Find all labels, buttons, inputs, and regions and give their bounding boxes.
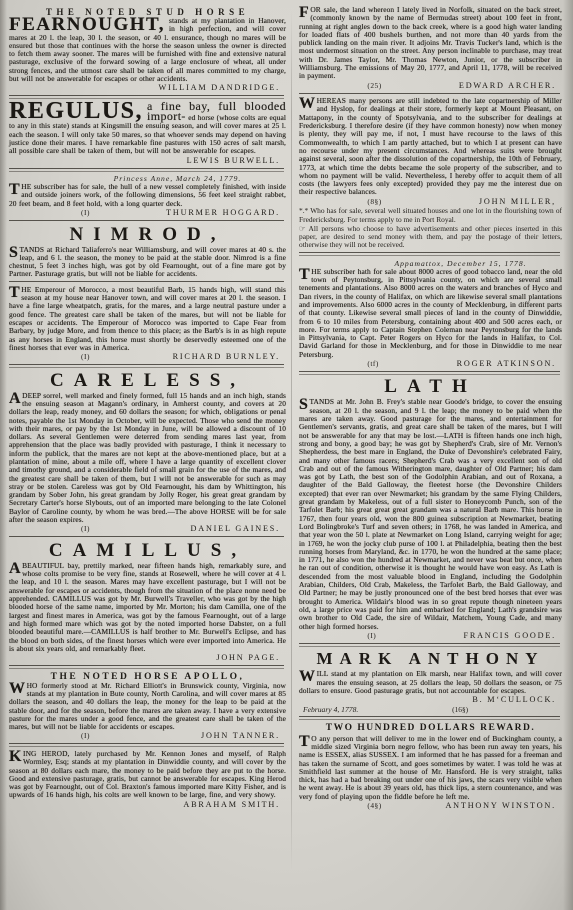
drop-cap: S — [299, 398, 310, 412]
signature-line: (I)JOHN TANNER. — [9, 731, 286, 741]
ad-body-text: DEEP sorrel, well marked and finely form… — [9, 391, 286, 524]
ad-mark: (I) — [81, 352, 90, 362]
divider-rule — [9, 168, 284, 172]
signature-line: ABRAHAM SMITH. — [9, 800, 286, 810]
drop-cap: W — [9, 682, 27, 696]
ad-headline: TWO HUNDRED DOLLARS REWARD. — [299, 723, 562, 734]
signature-line: (8§)JOHN MILLER, — [299, 197, 562, 207]
divider-rule — [9, 281, 284, 283]
horse-name: FEARNOUGHT, — [9, 17, 169, 33]
ad-king-herod: KING HEROD, lately purchased by Mr. Kenn… — [9, 750, 286, 809]
ad-headline: NIMROD, — [9, 225, 286, 245]
ad-body: ADEEP sorrel, well marked and finely for… — [9, 392, 286, 525]
ad-mark: (tf) — [367, 359, 378, 369]
advertiser-signature: JOHN PAGE. — [216, 653, 280, 663]
ad-body-text: TANDS at Richard Taliaferro's near Willi… — [9, 245, 286, 279]
advertiser-signature: DANIEL GAINES. — [191, 524, 280, 534]
advertiser-signature: ANTHONY WINSTON. — [445, 801, 556, 811]
ad-mark: (I) — [81, 731, 90, 741]
advertiser-signature: ROGER ATKINSON. — [457, 359, 556, 369]
advertiser-signature: JOHN MILLER, — [479, 197, 556, 207]
advertiser-signature: THURMER HOGGARD. — [166, 208, 280, 218]
advertiser-signature: ABRAHAM SMITH. — [183, 800, 280, 810]
advertiser-signature: FRANCIS GOODE. — [463, 631, 556, 641]
divider-rule — [299, 252, 560, 256]
ad-body-text: TANDS at Mr. John B. Frey's stable near … — [299, 397, 562, 630]
ad-body: REGULUS,a fine bay, full blooded import-… — [9, 102, 286, 156]
signature-line: LEWIS BURWELL. — [9, 156, 286, 166]
ad-body: STANDS at Mr. John B. Frey's stable near… — [299, 398, 562, 630]
ad-body: STANDS at Richard Taliaferro's near Will… — [9, 246, 286, 279]
drop-cap: W — [299, 670, 317, 684]
ad-body: WHO formerly stood at Mr. Richard Elliot… — [9, 682, 286, 732]
ad-body: TO any person that will deliver to me in… — [299, 735, 562, 801]
divider-rule — [299, 93, 560, 95]
ad-body-text: HE subscriber hath for sale about 8000 a… — [299, 267, 562, 359]
ad-atkinson-lands: Appamattox, December 15, 1778. THE subsc… — [299, 259, 562, 369]
signature-line: (25)EDWARD ARCHER. — [299, 81, 562, 91]
ad-body: THE subscriber has for sale, the hull of… — [9, 183, 286, 208]
ad-body: THE subscriber hath for sale about 8000 … — [299, 268, 562, 359]
ad-mark-anthony: MARK ANTHONY WILL stand at my plantation… — [299, 649, 562, 713]
ad-body-text: HE Emperour of Morocco, a most beautiful… — [9, 285, 286, 352]
ad-body-text: ILL stand at my plantation on Elk marsh,… — [299, 669, 562, 695]
drop-cap: A — [9, 562, 22, 576]
ad-nimrod: NIMROD, STANDS at Richard Taliaferro's n… — [9, 225, 286, 279]
drop-cap: A — [9, 392, 22, 406]
ad-headline: CARELESS, — [9, 371, 286, 391]
column-divider-rule — [291, 10, 292, 870]
divider-rule — [299, 371, 560, 375]
ad-emperour-of-morocco: THE Emperour of Morocco, a most beautifu… — [9, 286, 286, 362]
signature-line: (I)THURMER HOGGARD. — [9, 208, 286, 218]
ad-postscript: *.* Who has for sale, several well situa… — [299, 207, 562, 224]
ad-apollo: THE NOTED HORSE APOLLO, WHO formerly sto… — [9, 672, 286, 741]
drop-cap: T — [9, 183, 21, 197]
ad-vessel-for-sale: Princess Anne, March 24, 1779. THE subsc… — [9, 174, 286, 217]
ad-body-text: O any person that will deliver to me in … — [299, 734, 562, 801]
divider-rule — [9, 743, 284, 747]
printer-notice: ☞ All persons who choose to have adverti… — [299, 225, 562, 250]
ad-body-text: OR sale, the land whereon I lately lived… — [299, 5, 562, 80]
ad-body: FEARNOUGHT,stands at my plantation in Ha… — [9, 17, 286, 83]
signature-line: (4§)ANTHONY WINSTON. — [299, 801, 562, 811]
ad-miller-debts: WHEREAS many persons are still indebted … — [299, 97, 562, 250]
ad-fearnought: THE NOTED STUD HORSE FEARNOUGHT,stands a… — [9, 7, 286, 93]
signature-line: B. M‘CULLOCK. — [299, 695, 562, 705]
advertiser-signature: JOHN TANNER. — [201, 731, 280, 741]
ad-regulus: REGULUS,a fine bay, full blooded import-… — [9, 102, 286, 165]
divider-rule — [9, 364, 284, 368]
ad-body: WILL stand at my plantation on Elk marsh… — [299, 670, 562, 695]
signature-line: (I)RICHARD BURNLEY. — [9, 352, 286, 362]
signature-line: (I)FRANCIS GOODE. — [299, 631, 562, 641]
ad-careless: CARELESS, ADEEP sorrel, well marked and … — [9, 371, 286, 534]
ad-body-text: HEREAS many persons are still indebted t… — [299, 96, 562, 196]
ad-mark: (I) — [367, 631, 376, 641]
ad-body: WHEREAS many persons are still indebted … — [299, 97, 562, 197]
advertiser-signature: LEWIS BURWELL. — [187, 156, 280, 166]
drop-cap: S — [9, 246, 20, 260]
ad-body-text: HO formerly stood at Mr. Richard Elliott… — [9, 681, 286, 731]
ad-body: FOR sale, the land whereon I lately live… — [299, 6, 562, 81]
drop-cap: T — [9, 286, 21, 300]
divider-rule — [9, 536, 284, 538]
ad-mark: (25) — [367, 81, 381, 91]
ad-body-text: HE subscriber has for sale, the hull of … — [9, 182, 286, 208]
divider-rule — [9, 220, 284, 222]
drop-cap: F — [299, 6, 310, 20]
drop-cap: K — [9, 750, 23, 764]
right-column: FOR sale, the land whereon I lately live… — [299, 6, 562, 813]
ad-mark: (16§) — [452, 705, 468, 714]
ad-norfolk-land: FOR sale, the land whereon I lately live… — [299, 6, 562, 90]
drop-cap: W — [299, 97, 317, 111]
ad-body-text: BEAUTIFUL bay, prettily marked, near fif… — [9, 561, 286, 653]
ad-body: KING HEROD, lately purchased by Mr. Kenn… — [9, 750, 286, 800]
ad-headline: LATH — [299, 377, 562, 397]
ad-mark: (4§) — [367, 801, 381, 811]
ad-lath: LATH STANDS at Mr. John B. Frey's stable… — [299, 377, 562, 640]
ad-footline: February 4, 1778.(16§) — [299, 705, 562, 714]
drop-cap: T — [299, 735, 311, 749]
ad-camillus: CAMILLUS, ABEAUTIFUL bay, prettily marke… — [9, 541, 286, 663]
divider-rule — [299, 643, 560, 647]
divider-rule — [9, 665, 284, 669]
advertiser-signature: RICHARD BURNLEY. — [173, 352, 280, 362]
signature-line: (tf)ROGER ATKINSON. — [299, 359, 562, 369]
divider-rule — [299, 716, 560, 720]
ad-body: ABEAUTIFUL bay, prettily marked, near fi… — [9, 562, 286, 653]
left-column: THE NOTED STUD HORSE FEARNOUGHT,stands a… — [9, 6, 286, 811]
horse-name: REGULUS, — [9, 102, 147, 121]
advertiser-signature: WILLIAM DANDRIDGE. — [158, 83, 280, 93]
ad-headline: MARK ANTHONY — [299, 649, 562, 669]
ad-body-text: ING HEROD, lately purchased by Mr. Kenno… — [9, 749, 286, 799]
newspaper-page: THE NOTED STUD HORSE FEARNOUGHT,stands a… — [0, 0, 573, 910]
ad-headline: CAMILLUS, — [9, 541, 286, 561]
ad-mark: (8§) — [367, 197, 381, 207]
ad-date: February 4, 1778. — [303, 705, 358, 714]
drop-cap: T — [299, 268, 311, 282]
ad-mark: (I) — [81, 208, 90, 218]
signature-line: (I)DANIEL GAINES. — [9, 524, 286, 534]
advertiser-signature: B. M‘CULLOCK. — [472, 695, 556, 705]
signature-line: WILLIAM DANDRIDGE. — [9, 83, 286, 93]
ad-runaway-reward: TWO HUNDRED DOLLARS REWARD. TO any perso… — [299, 723, 562, 811]
ad-body: THE Emperour of Morocco, a most beautifu… — [9, 286, 286, 352]
ad-mark: (I) — [81, 524, 90, 534]
signature-line: JOHN PAGE. — [9, 653, 286, 663]
advertiser-signature: EDWARD ARCHER. — [459, 81, 556, 91]
